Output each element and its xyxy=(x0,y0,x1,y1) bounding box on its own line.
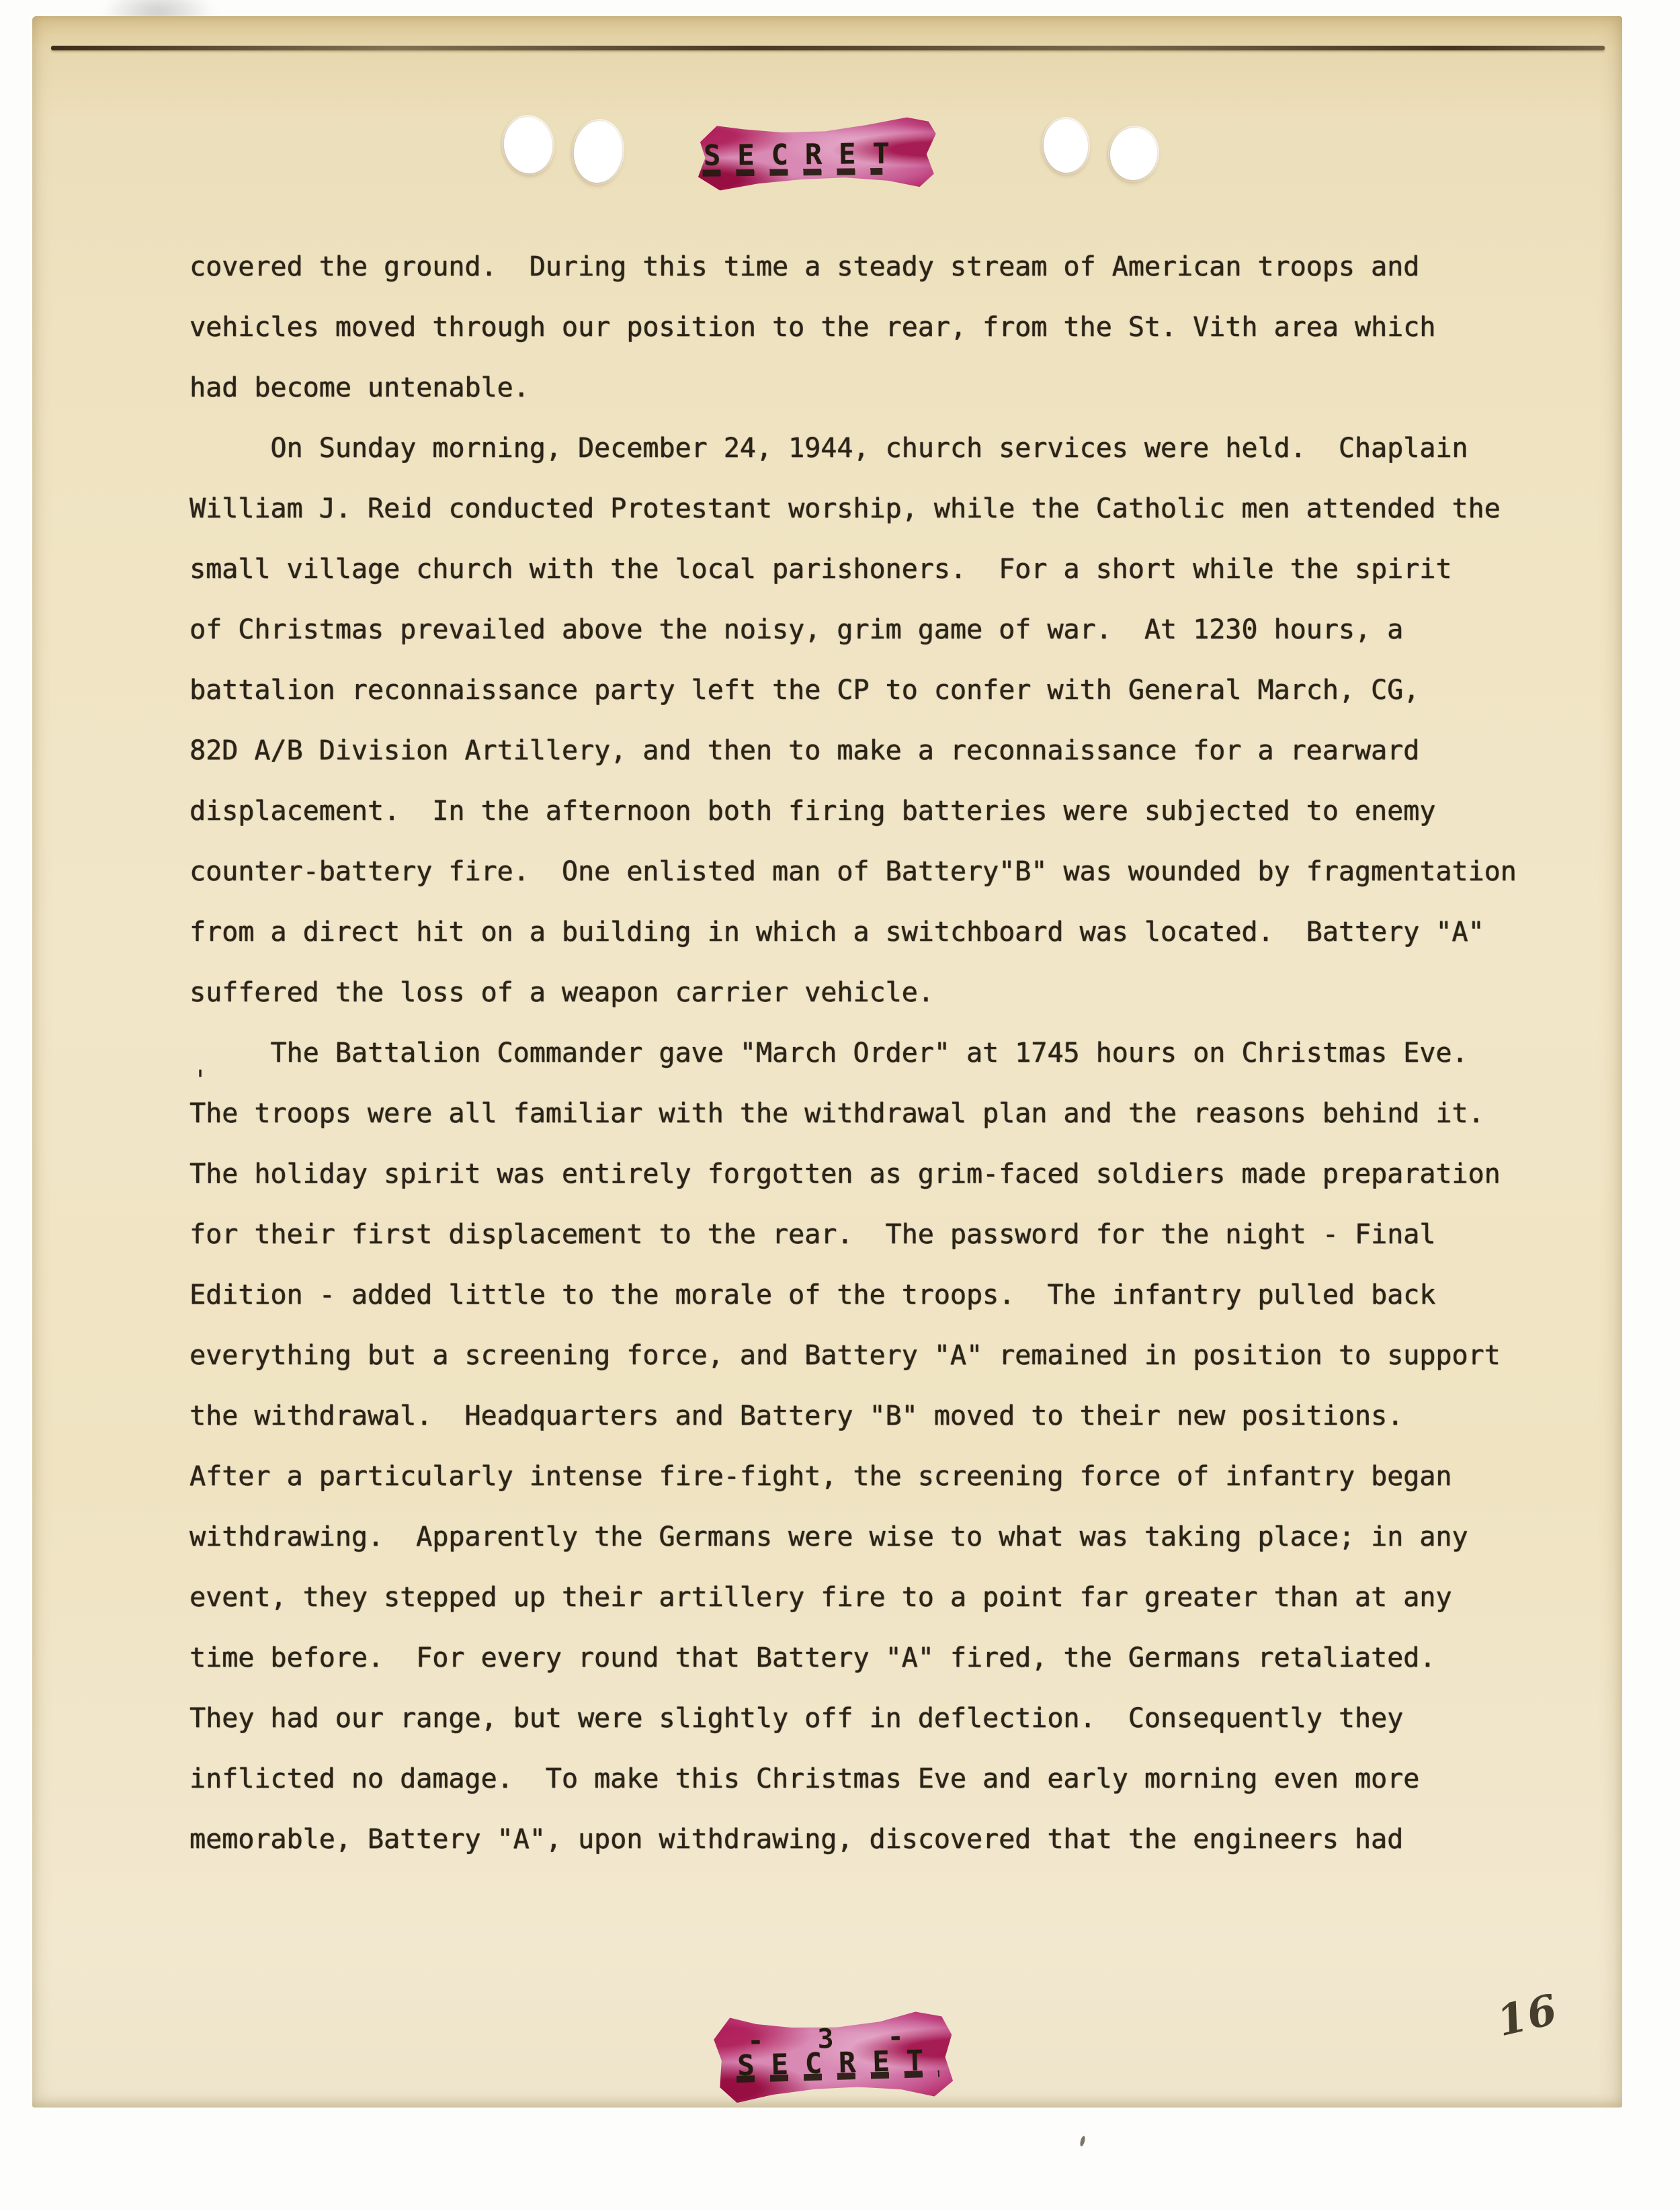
typed-line: event, they stepped up their artillery f… xyxy=(190,1567,1607,1628)
typed-line: Edition - added little to the morale of … xyxy=(190,1265,1607,1325)
punch-hole xyxy=(571,119,625,185)
typed-line: They had our range, but were slightly of… xyxy=(190,1688,1607,1749)
typed-line: The Battalion Commander gave "March Orde… xyxy=(190,1023,1607,1083)
paper-top-edge-shadow xyxy=(51,46,1605,50)
secret-stamp-bottom: - 3 - SECRET xyxy=(713,2008,954,2103)
punch-hole xyxy=(1042,118,1089,174)
punch-hole xyxy=(1107,125,1161,183)
typed-line: After a particularly intense fire-fight,… xyxy=(190,1446,1607,1507)
secret-stamp-top: SECRET xyxy=(695,116,936,192)
typed-line: time before. For every round that Batter… xyxy=(190,1628,1607,1688)
typed-line: vehicles moved through our position to t… xyxy=(190,297,1607,358)
typed-body-text: covered the ground. During this time a s… xyxy=(190,237,1607,1870)
typed-line: counter-battery fire. One enlisted man o… xyxy=(190,841,1607,902)
stray-typed-mark: ' xyxy=(192,1065,208,1096)
typed-line: inflicted no damage. To make this Christ… xyxy=(190,1749,1607,1809)
typed-line: withdrawing. Apparently the Germans were… xyxy=(190,1507,1607,1567)
typed-line: the withdrawal. Headquarters and Battery… xyxy=(190,1386,1607,1446)
secret-stamp-top-label: SECRET xyxy=(704,137,907,172)
typed-line: small village church with the local pari… xyxy=(190,539,1607,599)
typed-line: suffered the loss of a weapon carrier ve… xyxy=(190,962,1607,1023)
typed-line: had become untenable. xyxy=(190,358,1607,418)
punch-hole xyxy=(501,114,556,176)
typed-line: The troops were all familiar with the wi… xyxy=(190,1083,1607,1144)
typed-line: 82D A/B Division Artillery, and then to … xyxy=(190,720,1607,781)
typed-line: covered the ground. During this time a s… xyxy=(190,237,1607,297)
typed-line: of Christmas prevailed above the noisy, … xyxy=(190,599,1607,660)
typed-line: battalion reconnaissance party left the … xyxy=(190,660,1607,720)
typed-line: everything but a screening force, and Ba… xyxy=(190,1325,1607,1386)
ink-speck xyxy=(1079,2135,1086,2146)
typed-line: for their first displacement to the rear… xyxy=(190,1204,1607,1265)
typed-line: The holiday spirit was entirely forgotte… xyxy=(190,1144,1607,1204)
typed-line: memorable, Battery "A", upon withdrawing… xyxy=(190,1809,1607,1870)
typed-line: On Sunday morning, December 24, 1944, ch… xyxy=(190,418,1607,478)
typed-line: from a direct hit on a building in which… xyxy=(190,902,1607,962)
typed-line: William J. Reid conducted Protestant wor… xyxy=(190,478,1607,539)
typed-line: displacement. In the afternoon both firi… xyxy=(190,781,1607,841)
